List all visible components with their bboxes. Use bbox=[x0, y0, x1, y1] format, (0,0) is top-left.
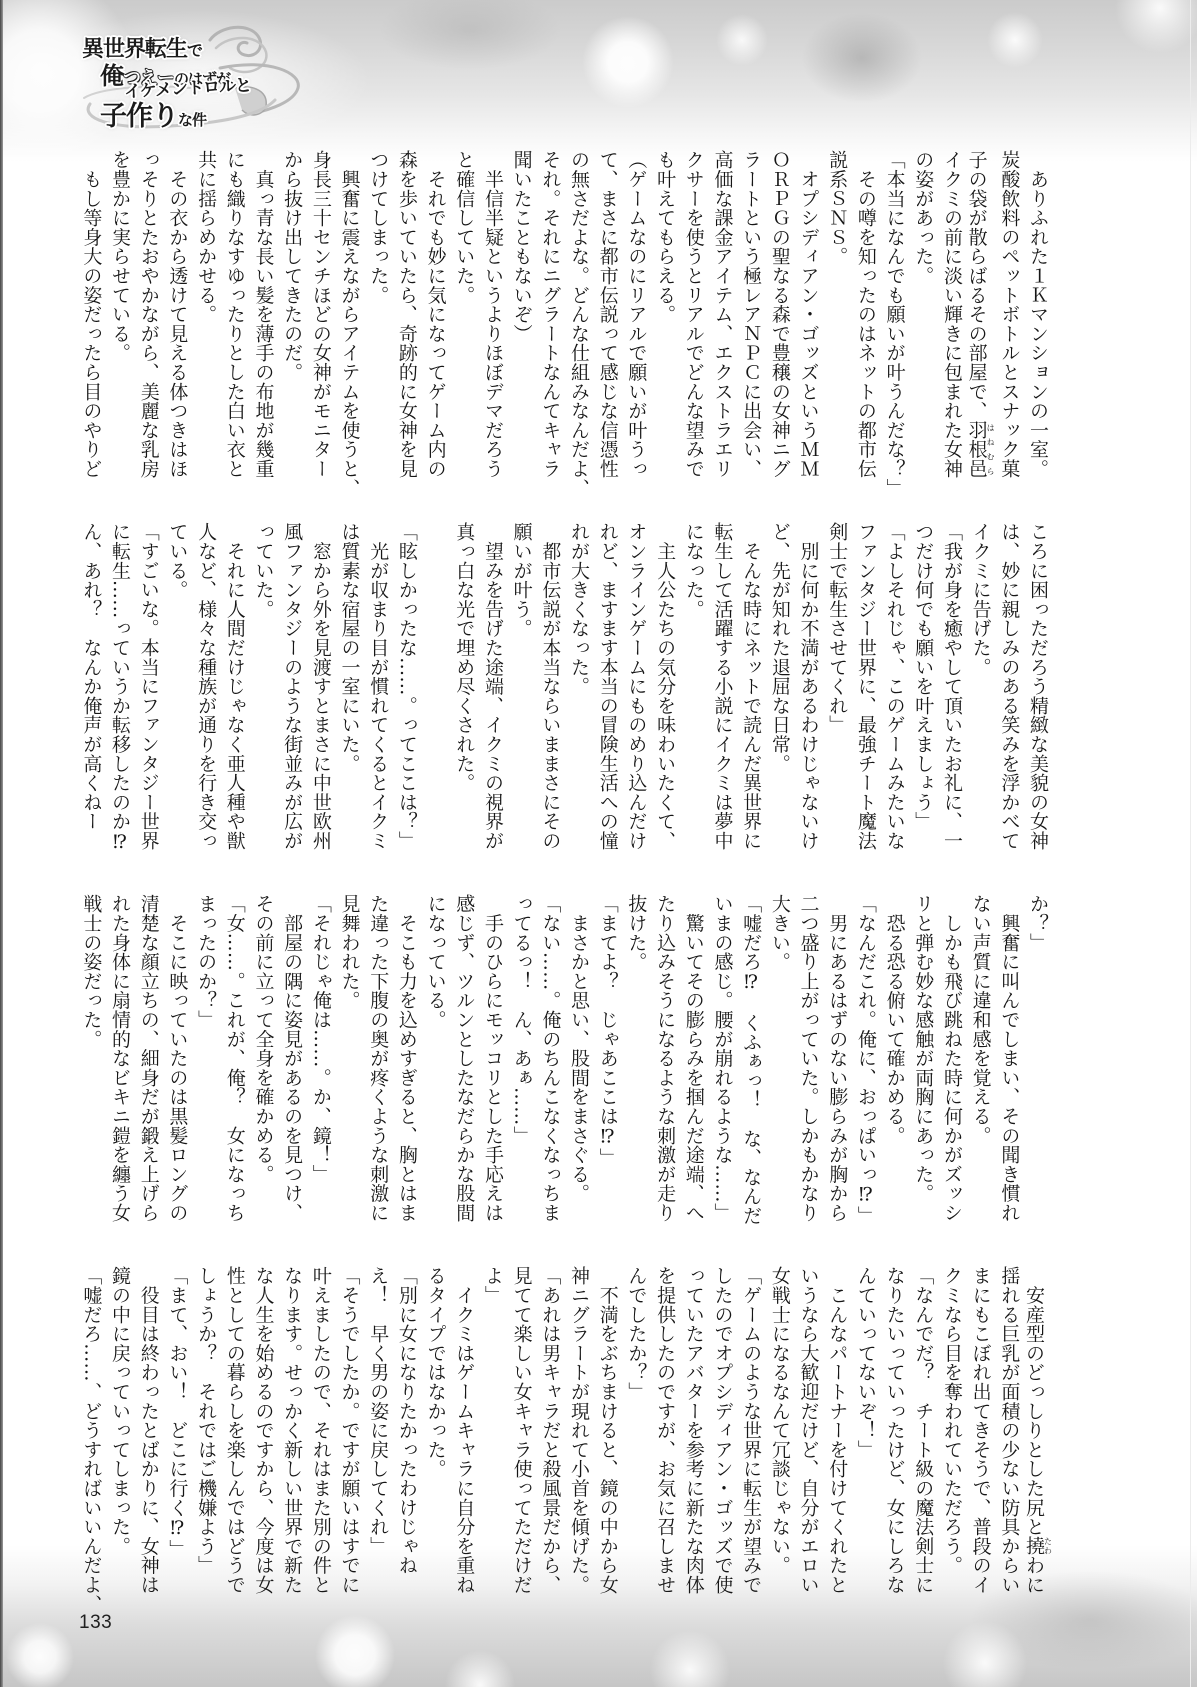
text-column: 別に何か不満があるわけじゃないけ bbox=[794, 522, 823, 867]
text-column: になっている。 bbox=[421, 894, 450, 1239]
page-edge-right bbox=[1190, 0, 1191, 1687]
text-column: 「本当になんでも願いが叶うんだな？」 bbox=[880, 150, 909, 495]
text-segment: 子の袋が散らばるその部屋で、 bbox=[966, 150, 988, 420]
text-column: 性としての暮らしを楽しんではどうで bbox=[220, 1266, 249, 1611]
text-column: それでも妙に気になってゲーム内の bbox=[421, 150, 450, 495]
text-column: にも織りなすゆったりとした白い衣と bbox=[220, 150, 249, 495]
text-column: クミなら目を奪われていただろう。 bbox=[937, 1266, 966, 1611]
text-column: 叶えましたので、それはまた別の件と bbox=[306, 1266, 335, 1611]
text-column: 「我が身を癒やして頂いたお礼に、一 bbox=[937, 522, 966, 867]
text-column: な人生を始めるのですから、今度は女 bbox=[249, 1266, 278, 1611]
text-column: なります。せっかく新しい世界で新た bbox=[277, 1266, 306, 1611]
text-column: 転生して活躍する小説にイクミは夢中 bbox=[708, 522, 737, 867]
text-column: 真っ白な光で埋め尽くされた。 bbox=[450, 522, 479, 867]
text-column: それに人間だけじゃなく亜人種や獣 bbox=[220, 522, 249, 867]
text-column: クサーを使うとリアルでどんな望みで bbox=[679, 150, 708, 495]
text-segment: わに bbox=[1023, 1556, 1045, 1595]
text-column: 剣士で転生させてくれ」 bbox=[823, 522, 852, 867]
text-column: を豊かに実らせている。 bbox=[105, 150, 134, 495]
text-column: まったのか？」 bbox=[191, 894, 220, 1239]
text-column: それ。それにニグラートなんてキャラ bbox=[536, 150, 565, 495]
text-column: は、妙に親しみのある笑みを浮かべて bbox=[995, 522, 1024, 867]
text-column: 「まてよ？ じゃあここは⁉」 bbox=[593, 894, 622, 1239]
text-column: なりたいっていったけど、女にしろな bbox=[880, 1266, 909, 1611]
text-tier-3: か？」 興奮に叫んでしまい、その聞き慣れ ない声質に違和感を覚える。 しかも飛び… bbox=[76, 894, 1052, 1239]
text-column: んでしたか？」 bbox=[622, 1266, 651, 1611]
text-column: 炭酸飲料のペットボトルとスナック菓 bbox=[995, 150, 1024, 495]
title-logo-line-4: 子作りな件 bbox=[100, 94, 206, 133]
text-column: 見てて楽しい女キャラ使ってただけだ bbox=[507, 1266, 536, 1611]
text-column: ありふれた１Ｋマンションの一室。 bbox=[1023, 150, 1052, 495]
text-column: と確信していた。 bbox=[450, 150, 479, 495]
text-column: 大きい。 bbox=[765, 894, 794, 1239]
text-column: もし等身大の姿だったら目のやりど bbox=[77, 150, 106, 495]
scene-break bbox=[421, 522, 450, 867]
text-column: 真っ青な長い髪を薄手の布地が幾重 bbox=[249, 150, 278, 495]
text-column: （ゲームなのにリアルで願いが叶うっ bbox=[622, 150, 651, 495]
text-column: れが大きくなった。 bbox=[564, 522, 593, 867]
text-column: 役目は終わったとばかりに、女神は bbox=[134, 1266, 163, 1611]
text-column: まさかと思い、股間をまさぐる。 bbox=[564, 894, 593, 1239]
text-column: いうなら大歓迎だけど、自分がエロい bbox=[794, 1266, 823, 1611]
text-column: 「そうでしたか。ですが願いはすでに bbox=[335, 1266, 364, 1611]
ruby-annotation: 撓たわ bbox=[1023, 1536, 1045, 1555]
text-column: つけてしまった。 bbox=[364, 150, 393, 495]
text-column: 聞いたこともないぞ） bbox=[507, 150, 536, 495]
text-column: 願いが叶う。 bbox=[507, 522, 536, 867]
text-column: 「あれは男キャラだと殺風景だから、 bbox=[536, 1266, 565, 1611]
text-column: 驚いてその膨らみを掴んだ途端、へ bbox=[679, 894, 708, 1239]
text-column: 窓から外を見渡すとまさに中世欧州 bbox=[306, 522, 335, 867]
text-column: から抜け出してきたのだ。 bbox=[277, 150, 306, 495]
text-column: いまの感じ。腰が崩れるような……」 bbox=[708, 894, 737, 1239]
text-column: を提供したのですが、お気に召しませ bbox=[650, 1266, 679, 1611]
text-column: しかも飛び跳ねた時に何かがズッシ bbox=[937, 894, 966, 1239]
text-column: も叶えてもらえる。 bbox=[650, 150, 679, 495]
text-column: オプシディアン・ゴッズというＭＭ bbox=[794, 150, 823, 495]
text-column: ＯＲＰＧの聖なる森で豊穣の女神ニグ bbox=[765, 150, 794, 495]
text-column: んていってないぞ！」 bbox=[851, 1266, 880, 1611]
text-column: 安産型のどっしりとした尻と撓たわわに bbox=[1023, 1266, 1052, 1611]
text-column: 「ゲームのような世界に転生が望みで bbox=[736, 1266, 765, 1611]
text-column: 身長三十センチほどの女神がモニター bbox=[306, 150, 335, 495]
text-column: 恐る恐る俯いて確かめる。 bbox=[880, 894, 909, 1239]
text-column: 風ファンタジーのような街並みが広が bbox=[277, 522, 306, 867]
text-column: 興奮に叫んでしまい、その聞き慣れ bbox=[995, 894, 1024, 1239]
text-column: 女戦士になるなんて冗談じゃない。 bbox=[765, 1266, 794, 1611]
ruby-annotation: 羽根邑はねむら bbox=[966, 420, 988, 478]
text-column: イクミに告げた。 bbox=[966, 522, 995, 867]
text-column: に転生……っていうか転移したのか⁉ bbox=[105, 522, 134, 867]
text-column: 手のひらにモッコリとした手応えは bbox=[478, 894, 507, 1239]
text-column: その衣から透けて見える体つきはほ bbox=[163, 150, 192, 495]
text-column: イクミはゲームキャラに自分を重ね bbox=[450, 1266, 479, 1611]
title-logo-text: 俺 bbox=[100, 62, 123, 90]
text-column: 「すごいな。本当にファンタジー世界 bbox=[134, 522, 163, 867]
text-column: 森を歩いていたら、奇跡的に女神を見 bbox=[392, 150, 421, 495]
title-logo-text: 子作り bbox=[100, 101, 178, 132]
text-column: よ」 bbox=[478, 1266, 507, 1611]
text-column: 主人公たちの気分を味わいたくて、 bbox=[650, 522, 679, 867]
text-column: つだけ何でも願いを叶えましょう」 bbox=[909, 522, 938, 867]
text-column: れた身体に扇情的なビキニ鎧を纏う女 bbox=[105, 894, 134, 1239]
text-column: 男にあるはずのない膨らみが胸から bbox=[823, 894, 852, 1239]
title-logo-text: な件 bbox=[178, 111, 206, 129]
text-column: 人など、様々な種族が通りを行き交っ bbox=[191, 522, 220, 867]
text-column: 高価な課金アイテム、エクストラエリ bbox=[708, 150, 737, 495]
text-column: 鏡の中に戻っていってしまった。 bbox=[105, 1266, 134, 1611]
text-column: ファンタジー世界に、最強チート魔法 bbox=[851, 522, 880, 867]
text-column: 戦士の姿だった。 bbox=[77, 894, 106, 1239]
text-column: 清楚な顔立ちの、細身だが鍛え上げら bbox=[134, 894, 163, 1239]
text-column: になった。 bbox=[679, 522, 708, 867]
ruby-base: 撓 bbox=[1023, 1536, 1045, 1555]
text-column: そんな時にネットで読んだ異世界に bbox=[736, 522, 765, 867]
text-column: たり込みそうになるような刺激が走り bbox=[650, 894, 679, 1239]
title-logo: 異世界転生で 俺つえーのはずが、 イケメントロルと 子作りな件 bbox=[70, 18, 340, 138]
text-column: 見舞われた。 bbox=[335, 894, 364, 1239]
text-column: 説系ＳＮＳ。 bbox=[823, 150, 852, 495]
text-column: 二つ盛り上がっていた。しかもかなり bbox=[794, 894, 823, 1239]
text-column: 半信半疑というよりほぼデマだろう bbox=[478, 150, 507, 495]
text-column: 「眩しかったな……。ってここは？」 bbox=[392, 522, 421, 867]
text-column: 「なんでだ？ チート級の魔法剣士に bbox=[909, 1266, 938, 1611]
text-column: まにもこぼれ出てきそうで、普段のイ bbox=[966, 1266, 995, 1611]
text-column: 望みを告げた途端、イクミの視界が bbox=[478, 522, 507, 867]
text-column: そこも力を込めすぎると、胸とはま bbox=[392, 894, 421, 1239]
text-tier-4: 安産型のどっしりとした尻と撓たわわに 揺れる巨乳が面積の少ない防具からい まにも… bbox=[76, 1266, 1052, 1611]
text-column: っていた。 bbox=[249, 522, 278, 867]
text-column: その噂を知ったのはネットの都市伝 bbox=[851, 150, 880, 495]
text-column: 不満をぶちまけると、鏡の中から女 bbox=[593, 1266, 622, 1611]
text-column: 「ない……。俺のちんこなくなっちま bbox=[536, 894, 565, 1239]
text-segment: 安産型のどっしりとした尻と bbox=[1023, 1266, 1045, 1536]
text-column: その前に立って全身を確かめる。 bbox=[249, 894, 278, 1239]
text-column: 神ニグラートが現れて小首を傾げた。 bbox=[564, 1266, 593, 1611]
text-column: の無さだよな。どんな仕組みなんだよ、 bbox=[564, 150, 593, 495]
text-column: 感じず、ツルンとしたなだらかな股間 bbox=[450, 894, 479, 1239]
text-column: 「よしそれじゃ、このゲームみたいな bbox=[880, 522, 909, 867]
text-column: ど、先が知れた退屈な日常。 bbox=[765, 522, 794, 867]
text-column: っていたアバターを参考に新たな肉体 bbox=[679, 1266, 708, 1611]
text-column: オンラインゲームにものめり込んだけ bbox=[622, 522, 651, 867]
text-column: え！ 早く男の姿に戻してくれ」 bbox=[364, 1266, 393, 1611]
text-column: ん、あれ？ なんか俺声が高くねー bbox=[77, 522, 106, 867]
text-column: 揺れる巨乳が面積の少ない防具からい bbox=[995, 1266, 1024, 1611]
ruby-reading: はねむら bbox=[986, 420, 995, 478]
text-column: ている。 bbox=[163, 522, 192, 867]
text-tier-1: ありふれた１Ｋマンションの一室。 炭酸飲料のペットボトルとスナック菓 子の袋が散… bbox=[76, 150, 1052, 495]
text-column: したのでオプシディアン・ゴッズで使 bbox=[708, 1266, 737, 1611]
text-column: 「それじゃ俺は……。か、鏡！」 bbox=[306, 894, 335, 1239]
text-column: は質素な宿屋の一室にいた。 bbox=[335, 522, 364, 867]
page-number: 133 bbox=[79, 1612, 112, 1634]
text-column: こんなパートナーを付けてくれたと bbox=[823, 1266, 852, 1611]
text-column: 抜けた。 bbox=[622, 894, 651, 1239]
text-column: るタイプではなかった。 bbox=[421, 1266, 450, 1611]
text-tier-2: ころに困っただろう精緻な美貌の女神 は、妙に親しみのある笑みを浮かべて イクミに… bbox=[76, 522, 1052, 867]
text-column: 「女……。これが、俺？ 女になっち bbox=[220, 894, 249, 1239]
text-column: 「なんだこれ。俺に、おっぱいっ⁉」 bbox=[851, 894, 880, 1239]
text-column: 光が収まり目が慣れてくるとイクミ bbox=[364, 522, 393, 867]
page-edge-left bbox=[0, 0, 3, 1687]
text-column: ころに困っただろう精緻な美貌の女神 bbox=[1023, 522, 1052, 867]
text-column: 都市伝説が本当ならいままさにその bbox=[536, 522, 565, 867]
ruby-base: 羽根邑 bbox=[966, 420, 988, 478]
text-column: ない声質に違和感を覚える。 bbox=[966, 894, 995, 1239]
text-column: た違った下腹の奥が疼くような刺激に bbox=[364, 894, 393, 1239]
text-column: の姿があった。 bbox=[909, 150, 938, 495]
text-column: リと弾む妙な感触が両胸にあった。 bbox=[909, 894, 938, 1239]
text-column: 「別に女になりたかったわけじゃね bbox=[392, 1266, 421, 1611]
text-column: 子の袋が散らばるその部屋で、羽根邑はねむら bbox=[966, 150, 995, 495]
text-column: 「嘘だろ……、どうすればいいんだよ、 bbox=[77, 1266, 106, 1611]
text-column: 部屋の隅に姿見があるのを見つけ、 bbox=[277, 894, 306, 1239]
text-column: っそりとたおやかながら、美麗な乳房 bbox=[134, 150, 163, 495]
text-column: れど、ますます本当の冒険生活への憧 bbox=[593, 522, 622, 867]
text-column: 共に揺らめかせる。 bbox=[191, 150, 220, 495]
text-column: か？」 bbox=[1023, 894, 1052, 1239]
text-column: て、まさに都市伝説って感じな信憑性 bbox=[593, 150, 622, 495]
text-column: そこに映っていたのは黒髪ロングの bbox=[163, 894, 192, 1239]
text-column: ってるっ！ ん、あぁ……」 bbox=[507, 894, 536, 1239]
text-column: 「まて、おい！ どこに行く⁉」 bbox=[163, 1266, 192, 1611]
text-column: 「嘘だろ⁉ くふぁっ！ な、なんだ bbox=[736, 894, 765, 1239]
text-column: ラートという極レアＮＰＣに出会い、 bbox=[736, 150, 765, 495]
text-column: しょうか？ それではご機嫌よう」 bbox=[191, 1266, 220, 1611]
ruby-reading: たわ bbox=[1044, 1536, 1053, 1555]
text-column: 興奮に震えながらアイテムを使うと、 bbox=[335, 150, 364, 495]
text-column: イクミの前に淡い輝きに包まれた女神 bbox=[937, 150, 966, 495]
